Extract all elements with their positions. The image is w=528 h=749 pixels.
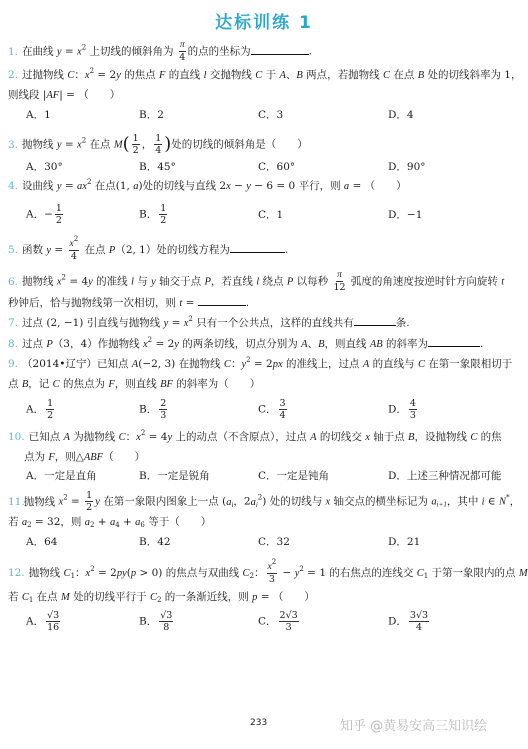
option-d[interactable]: D．上述三种情况都可能 [388, 469, 501, 483]
question-10-options: A．一定是直角 B．一定是锐角 C．一定是钝角 D．上述三种情况都可能 [22, 469, 522, 485]
option-b[interactable]: B．42 [139, 535, 171, 549]
page-title: 达标训练 1 [0, 8, 528, 33]
watermark: 知乎 @黄易安高三知识绘 [340, 715, 487, 734]
option-d[interactable]: D．43 [388, 398, 419, 421]
question-10: 10.已知点 A 为抛物线 C：x2 = 4y 上的动点（不含原点），过点 A … [8, 430, 502, 445]
option-d[interactable]: D．21 [388, 535, 420, 549]
question-2: 2.过抛物线 C：x2 = 2y 的焦点 F 的直线 l 交抛物线 C 于 A、… [8, 68, 521, 83]
question-1: 1.在曲线 y = x2 上切线的倾斜角为 π4的点的坐标为. [8, 40, 312, 63]
option-b[interactable]: B．2 [139, 108, 164, 122]
option-a[interactable]: A．1 [26, 108, 51, 122]
option-d[interactable]: D．4 [388, 108, 414, 122]
option-a[interactable]: A．30° [26, 160, 63, 174]
question-10-cont: 点为 F，则△ABF（ ） [24, 450, 145, 465]
option-d[interactable]: D．3√34 [388, 610, 431, 633]
option-b[interactable]: B．12 [139, 203, 169, 226]
option-a[interactable]: A．√316 [26, 610, 62, 633]
option-c[interactable]: C．60° [258, 160, 295, 174]
question-12: 12.抛物线 C1：x2 = 2py(p > 0) 的焦点与双曲线 C2：x23… [8, 561, 528, 585]
option-a[interactable]: A．12 [26, 398, 56, 421]
option-d[interactable]: D．−1 [388, 208, 422, 222]
option-b[interactable]: B．23 [139, 398, 169, 421]
question-2-cont: 则线段 |AF| = （ ） [8, 88, 120, 103]
question-4: 4.设曲线 y = ax2 在点(1, a)处的切线与直线 2x − y − 6… [8, 179, 407, 194]
question-12-cont: 若 C1 在点 M 处的切线平行于 C2 的一条渐近线，则 p = （ ） [8, 590, 315, 605]
question-9-options: A．12 B．23 C．34 D．43 [22, 398, 522, 414]
question-9: 9.（2014•辽宁）已知点 A(−2, 3) 在抛物线 C：y2 = 2px … [8, 357, 512, 372]
option-b[interactable]: B．一定是锐角 [139, 469, 210, 483]
question-number: 1. [8, 46, 18, 58]
answer-blank[interactable] [198, 295, 246, 306]
option-a[interactable]: A．64 [26, 535, 57, 549]
question-5: 5.函数 y = x24 在点 P（2, 1）处的切线方程为. [8, 238, 288, 262]
option-b[interactable]: B．45° [139, 160, 176, 174]
question-3-options: A．30° B．45° C．60° D．90° [22, 160, 522, 176]
question-9-cont: 点 B，记 C 的焦点为 F，则直线 BF 的斜率为（ ） [8, 377, 260, 392]
option-c[interactable]: C．34 [258, 398, 289, 421]
option-c[interactable]: C．2√33 [258, 610, 301, 633]
question-2-options: A．1 B．2 C．3 D．4 [22, 108, 522, 124]
question-3: 3.抛物线 y = x2 在点 M(12，14)处的切线的倾斜角是（ ） [8, 133, 308, 156]
question-8: 8.过点 P（3，4）作抛物线 x2 = 2y 的两条切线，切点分别为 A、B，… [8, 336, 483, 352]
option-c[interactable]: C．一定是钝角 [258, 469, 329, 483]
question-12-options: A．√316 B．√38 C．2√33 D．3√34 [22, 610, 522, 626]
option-a[interactable]: A．一定是直角 [26, 469, 97, 483]
question-6: 6.抛物线 x2 = 4y 的准线 l 与 y 轴交于点 P，若直线 l 绕点 … [8, 270, 504, 293]
option-c[interactable]: C．32 [258, 535, 290, 549]
option-c[interactable]: C．1 [258, 208, 283, 222]
answer-blank[interactable] [428, 336, 480, 347]
question-7: 7.过点 (2, −1) 引直线与抛物线 y = x2 只有一个公共点，这样的直… [8, 315, 410, 331]
question-4-options: A．−12 B．12 C．1 D．−1 [22, 203, 522, 219]
question-11: 11.抛物线 x2 = 12y 在第一象限内图象上一点 (ai，2ai2) 处的… [8, 490, 520, 513]
option-a[interactable]: A．−12 [26, 203, 65, 226]
answer-blank[interactable] [251, 44, 309, 55]
question-11-options: A．64 B．42 C．32 D．21 [22, 535, 522, 551]
page-number: 233 [250, 718, 267, 728]
option-b[interactable]: B．√38 [139, 610, 175, 633]
answer-blank[interactable] [230, 242, 285, 253]
option-d[interactable]: D．90° [388, 160, 426, 174]
question-6-cont: 秒钟后，恰与抛物线第一次相切，则 t = . [8, 295, 249, 311]
option-c[interactable]: C．3 [258, 108, 283, 122]
answer-blank[interactable] [354, 315, 396, 326]
question-11-cont: 若 a2 = 32，则 a2 + a4 + a6 等于（ ） [8, 515, 211, 530]
